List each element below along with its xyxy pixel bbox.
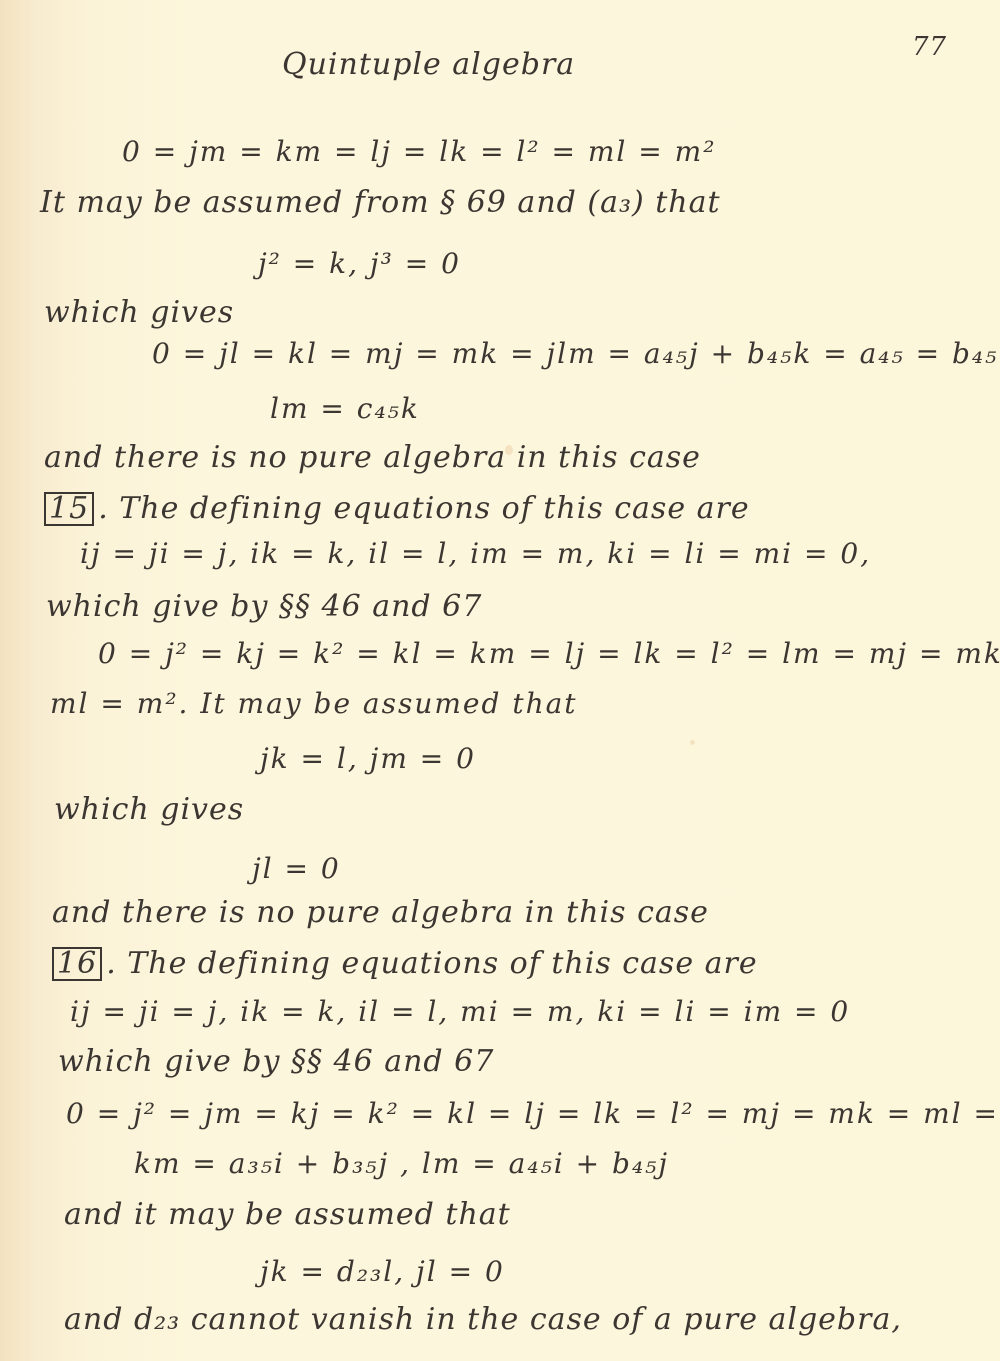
equation-line: jk = d₂₃l, jl = 0	[260, 1258, 505, 1286]
paper-stain	[690, 740, 695, 745]
text-line: which gives	[44, 298, 234, 328]
equation-line: lm = c₄₅k	[270, 395, 420, 423]
case-heading-text: . The defining equations of this case ar…	[98, 491, 749, 526]
text-line: ml = m². It may be assumed that	[50, 690, 578, 718]
equation-line: jk = l, jm = 0	[260, 745, 476, 773]
text-line: which give by §§ 46 and 67	[58, 1047, 494, 1077]
text-line: and it may be assumed that	[64, 1200, 511, 1230]
case-number: 16	[52, 947, 102, 981]
equation-line: j² = k, j³ = 0	[258, 250, 461, 278]
equation-line: 0 = j² = jm = kj = k² = kl = lj = lk = l…	[66, 1100, 1000, 1128]
manuscript-page: 77 Quintuple algebra 0 = jm = km = lj = …	[0, 0, 1000, 1361]
case-heading-16: 16. The defining equations of this case …	[52, 947, 758, 981]
page-title: Quintuple algebra	[282, 50, 575, 80]
equation-line: km = a₃₅i + b₃₅j , lm = a₄₅i + b₄₅j	[134, 1150, 669, 1178]
text-line: and there is no pure algebra in this cas…	[44, 443, 701, 473]
text-line: It may be assumed from § 69 and (a₃) tha…	[40, 188, 721, 218]
equation-line: 0 = jl = kl = mj = mk = jlm = a₄₅j + b₄₅…	[152, 340, 998, 368]
equation-line: jl = 0	[252, 855, 341, 883]
text-line: which give by §§ 46 and 67	[46, 592, 482, 622]
page-number: 77	[912, 34, 947, 60]
text-line: which gives	[54, 795, 244, 825]
equation-line: ij = ji = j, ik = k, il = l, mi = m, ki …	[70, 998, 850, 1026]
case-heading-text: . The defining equations of this case ar…	[106, 946, 757, 981]
case-number: 15	[44, 492, 94, 526]
equation-line: 0 = j² = kj = k² = kl = km = lj = lk = l…	[98, 640, 1000, 668]
text-line: and d₂₃ cannot vanish in the case of a p…	[64, 1305, 902, 1335]
case-heading-15: 15. The defining equations of this case …	[44, 492, 750, 526]
equation-line: ij = ji = j, ik = k, il = l, im = m, ki …	[80, 540, 871, 568]
equation-line: 0 = jm = km = lj = lk = l² = ml = m²	[122, 138, 716, 166]
text-line: and there is no pure algebra in this cas…	[52, 898, 709, 928]
